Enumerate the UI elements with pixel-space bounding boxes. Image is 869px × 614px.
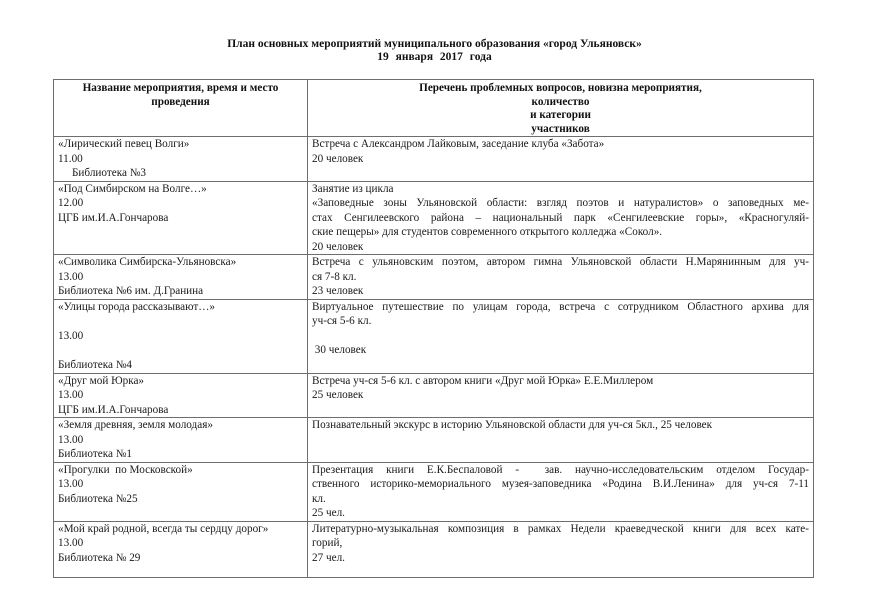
title-date: 19 января 2017 года [0,51,869,64]
event-description: ся 7-8 кл. [312,270,809,285]
details-cell: Встреча с Александром Лайковым, заседани… [308,137,814,182]
header-event-details: Перечень проблемных вопросов, новизна ме… [308,80,814,137]
event-place: Библиотека №4 [58,358,303,373]
event-place: Библиотека №25 [58,492,303,507]
participant-count: 30 человек [312,343,809,358]
event-name: «Лирический певец Волги» [58,137,303,152]
event-description: Встреча с Александром Лайковым, заседани… [312,137,809,152]
event-description: ские пещеры» для студентов современного … [312,225,809,240]
event-description: Занятие из цикла [312,182,809,197]
event-description: Встреча с ульяновским поэтом, автором ги… [312,255,809,270]
details-cell: Занятие из цикла «Заповедные зоны Ульяно… [308,181,814,255]
details-cell: Презентация книги Е.К.Беспаловой - зав. … [308,462,814,521]
event-place: ЦГБ им.И.А.Гончарова [58,211,303,226]
event-time: 13.00 [58,388,303,403]
event-name: «Улицы города рассказывают…» [58,300,303,315]
participant-count: 27 чел. [312,551,809,566]
event-time: 13.00 [58,536,303,551]
event-name: «Мой край родной, всегда ты сердцу дорог… [58,522,303,537]
event-description: стах Сенгилеевского района – национальны… [312,211,809,226]
event-description: Презентация книги Е.К.Беспаловой - зав. … [312,463,809,478]
table-header-row: Название мероприятия, время и место пров… [54,80,814,137]
event-cell: «Лирический певец Волги» 11.00 Библиотек… [54,137,308,182]
event-name: «Прогулки по Московской» [58,463,303,478]
event-cell: «Друг мой Юрка» 13.00 ЦГБ им.И.А.Гончаро… [54,373,308,418]
event-description: Познавательный экскурс в историю Ульянов… [312,418,809,433]
event-name: «Символика Симбирска-Ульяновска» [58,255,303,270]
table-row: «Символика Симбирска-Ульяновска» 13.00 Б… [54,255,814,300]
event-description: кл. [312,492,809,507]
event-time: 13.00 [58,270,303,285]
table-row: «Мой край родной, всегда ты сердцу дорог… [54,521,814,577]
event-description: Виртуальное путешествие по улицам города… [312,300,809,315]
event-description: уч-ся 5-6 кл. [312,314,809,329]
event-time: 12.00 [58,196,303,211]
event-description: Литературно-музыкальная композиция в рам… [312,522,809,537]
participant-count: 20 человек [312,152,809,167]
table-row: «Под Симбирском на Волге…» 12.00 ЦГБ им.… [54,181,814,255]
event-name: «Под Симбирском на Волге…» [58,182,303,197]
table-row: «Улицы города рассказывают…» 13.00 Библи… [54,299,814,373]
event-cell: «Мой край родной, всегда ты сердцу дорог… [54,521,308,577]
event-cell: «Под Симбирском на Волге…» 12.00 ЦГБ им.… [54,181,308,255]
event-place: Библиотека №6 им. Д.Гранина [58,284,303,299]
event-cell: «Прогулки по Московской» 13.00 Библиотек… [54,462,308,521]
participant-count: 25 чел. [312,506,809,521]
event-description: «Заповедные зоны Ульяновской области: вз… [312,196,809,211]
event-description: ственного историко-мемориального музея-з… [312,477,809,492]
event-time: 13.00 [58,433,303,448]
details-cell: Познавательный экскурс в историю Ульянов… [308,418,814,463]
event-place: Библиотека № 29 [58,551,303,566]
event-time: 11.00 [58,152,303,167]
event-cell: «Улицы города рассказывают…» 13.00 Библи… [54,299,308,373]
events-table: Название мероприятия, время и место пров… [53,79,814,578]
event-description: Встреча уч-ся 5-6 кл. с автором книги «Д… [312,374,809,389]
participant-count: 23 человек [312,284,809,299]
title-line-1: План основных мероприятий муниципального… [0,38,869,51]
event-cell: «Земля древняя, земля молодая» 13.00 Биб… [54,418,308,463]
document-title: План основных мероприятий муниципального… [0,38,869,64]
header-event-name: Название мероприятия, время и место пров… [54,80,308,137]
table-row: «Лирический певец Волги» 11.00 Библиотек… [54,137,814,182]
event-cell: «Символика Симбирска-Ульяновска» 13.00 Б… [54,255,308,300]
event-name: «Друг мой Юрка» [58,374,303,389]
table-row: «Прогулки по Московской» 13.00 Библиотек… [54,462,814,521]
table-row: «Друг мой Юрка» 13.00 ЦГБ им.И.А.Гончаро… [54,373,814,418]
event-place: Библиотека №1 [58,447,303,462]
table-row: «Земля древняя, земля молодая» 13.00 Биб… [54,418,814,463]
participant-count: 25 человек [312,388,809,403]
event-place: ЦГБ им.И.А.Гончарова [58,403,303,418]
details-cell: Встреча уч-ся 5-6 кл. с автором книги «Д… [308,373,814,418]
event-name: «Земля древняя, земля молодая» [58,418,303,433]
participant-count: 20 человек [312,240,809,255]
details-cell: Литературно-музыкальная композиция в рам… [308,521,814,577]
event-time: 13.00 [58,477,303,492]
event-place: Библиотека №3 [58,166,303,181]
event-time: 13.00 [58,329,303,344]
event-description: горий, [312,536,809,551]
details-cell: Встреча с ульяновским поэтом, автором ги… [308,255,814,300]
details-cell: Виртуальное путешествие по улицам города… [308,299,814,373]
